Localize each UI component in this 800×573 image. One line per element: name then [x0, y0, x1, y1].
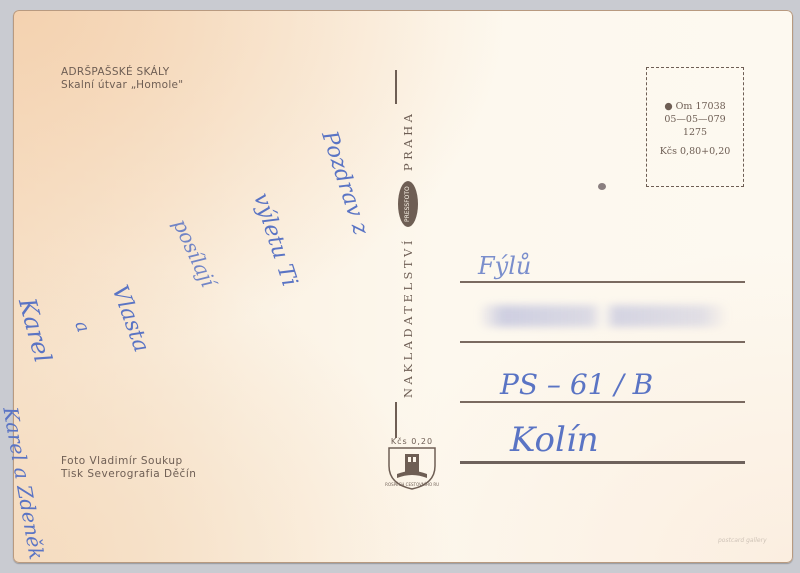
title-line-2: Skalní útvar „Homole"	[61, 79, 183, 92]
castle-shield-icon: VE PROSPĚCH CESTOVNÍHO RUCHU	[385, 446, 439, 490]
address-line-2	[460, 341, 745, 343]
address-handwriting-3: PS – 61 / B	[500, 368, 653, 401]
emblem-value: Kčs 0,20	[379, 437, 445, 446]
stamp-price: Kčs 0,80+0,20	[647, 145, 743, 158]
stamp-code: ● Om 17038	[647, 100, 743, 113]
address-blurred-name	[478, 305, 728, 327]
photo-credit: Foto Vladimír Soukup	[61, 455, 196, 468]
pressfoto-logo-icon: PRESSFOTO	[398, 181, 418, 227]
divider-top	[395, 70, 397, 104]
publisher-imprint: NAKLADATELSTVÍ PRESSFOTO PRAHA	[398, 108, 418, 398]
title-block: ADRŠPAŠSKÉ SKÁLY Skalní útvar „Homole"	[61, 66, 183, 92]
address-handwriting-4: Kolín	[510, 420, 599, 460]
svg-text:VE PROSPĚCH CESTOVNÍHO RUCHU: VE PROSPĚCH CESTOVNÍHO RUCHU	[385, 482, 439, 487]
title-line-1: ADRŠPAŠSKÉ SKÁLY	[61, 66, 183, 79]
print-credit: Tisk Severografia Děčín	[61, 468, 196, 481]
address-line-4	[460, 461, 745, 464]
publisher-name: NAKLADATELSTVÍ	[401, 237, 415, 398]
stamp-box: ● Om 17038 05—05—079 1275 Kčs 0,80+0,20	[646, 67, 744, 187]
ink-spot	[598, 183, 606, 190]
watermark: postcard gallery	[718, 537, 767, 544]
stamp-number: 1275	[647, 126, 743, 139]
stamp-date-code: 05—05—079	[647, 113, 743, 126]
address-line-3	[460, 401, 745, 403]
divider-bottom	[395, 402, 397, 438]
publisher-city: PRAHA	[401, 111, 415, 172]
address-line-1	[460, 281, 745, 283]
tourism-emblem: Kčs 0,20 VE PROSPĚCH CESTOVNÍHO RUCHU	[379, 437, 445, 495]
address-handwriting-1: Fýlů	[478, 252, 531, 280]
credits-block: Foto Vladimír Soukup Tisk Severografia D…	[61, 455, 196, 481]
